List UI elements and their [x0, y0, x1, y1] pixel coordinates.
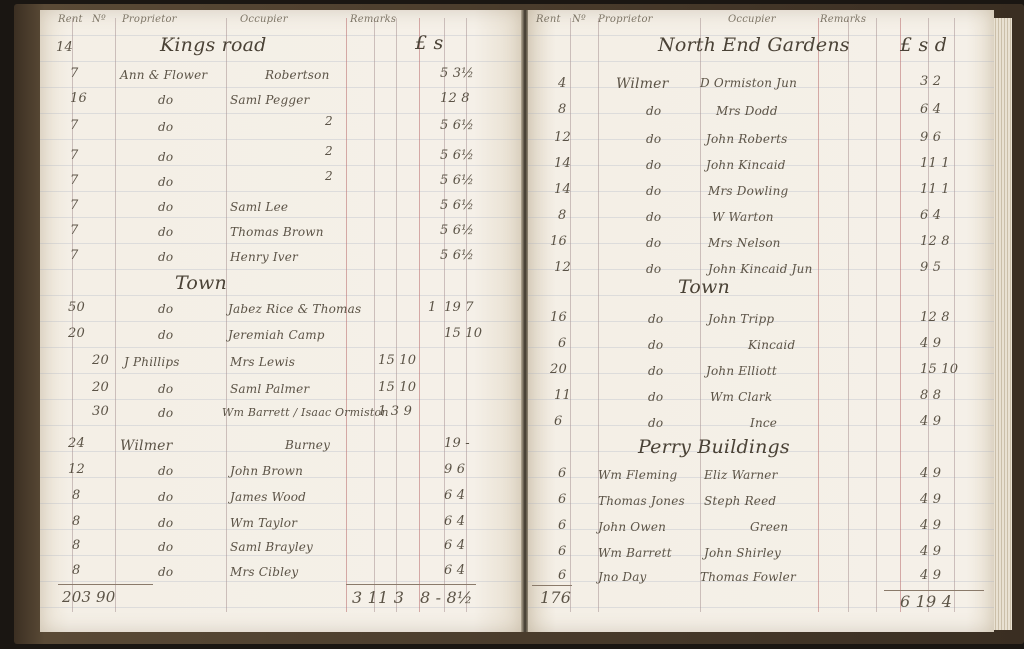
- occupier-cell: John Kincaid Jun: [708, 262, 813, 276]
- header-no: Nº: [92, 14, 106, 25]
- proprietor-cell: do: [648, 416, 663, 430]
- proprietor-cell: Wm Fleming: [598, 468, 677, 482]
- occupier-cell: Jabez Rice & Thomas: [228, 302, 361, 316]
- occupier-cell: Eliz Warner: [704, 468, 778, 482]
- rent-cell: 4: [558, 76, 566, 91]
- right-ledger-page: Rent Nº Proprietor Occupier Remarks Nort…: [528, 10, 994, 632]
- rent-cell: 8: [72, 538, 80, 553]
- rent-cell: 8: [72, 563, 80, 578]
- amount-cell: 6 4: [444, 563, 465, 578]
- proprietor-cell: do: [158, 516, 173, 530]
- proprietor-cell: J Phillips: [124, 355, 180, 369]
- occupier-cell: Mrs Dowling: [708, 184, 788, 198]
- proprietor-cell: do: [646, 184, 661, 198]
- column-rule: [570, 18, 571, 612]
- proprietor-cell: do: [158, 406, 173, 420]
- amount-cell: 8 8: [920, 388, 941, 403]
- amount-cell: 12 8: [920, 310, 950, 325]
- amount-cell: 4 9: [920, 492, 941, 507]
- rent-cell: 7: [70, 198, 78, 213]
- occupier-cell: John Elliott: [706, 364, 777, 378]
- header-rent: Rent: [536, 14, 561, 25]
- column-rule: [700, 18, 701, 612]
- section-title: Town: [175, 272, 227, 294]
- proprietor-cell: do: [646, 132, 661, 146]
- currency-header: £ s d: [900, 34, 947, 56]
- occupier-cell: Green: [750, 520, 788, 534]
- section-title: Perry Buildings: [638, 436, 790, 458]
- header-remarks: Remarks: [820, 14, 866, 25]
- proprietor-cell: Jno Day: [598, 570, 647, 584]
- total-rent: 176: [540, 588, 571, 607]
- rent-cell: 8: [72, 514, 80, 529]
- proprietor-cell: do: [646, 158, 661, 172]
- number-cell: 20: [92, 353, 109, 368]
- occupier-cell: Wm Clark: [710, 390, 772, 404]
- rent-cell: 14: [554, 182, 571, 197]
- occupier-cell: Mrs Lewis: [230, 355, 295, 369]
- occupier-cell: Mrs Nelson: [708, 236, 781, 250]
- occupier-cell: John Roberts: [706, 132, 787, 146]
- rent-cell: 7: [70, 118, 78, 133]
- rent-cell: 14: [56, 40, 73, 55]
- amount-cell: 12 8: [440, 91, 470, 106]
- number-cell: 30: [92, 404, 109, 419]
- occupier-cell: Kincaid: [748, 338, 795, 352]
- proprietor-cell: Thomas Jones: [598, 494, 685, 508]
- total-rule: [884, 590, 984, 591]
- amount-cell: 9 6: [444, 462, 465, 477]
- proprietor-cell: do: [646, 104, 661, 118]
- proprietor-cell: do: [158, 464, 173, 478]
- amount-cell: 6 4: [444, 514, 465, 529]
- proprietor-cell: Ann & Flower: [120, 68, 207, 82]
- occupier-cell: Saml Brayley: [230, 540, 313, 554]
- occupier-cell: Burney: [285, 438, 330, 452]
- rent-cell: 7: [70, 148, 78, 163]
- rent-cell: 16: [550, 234, 567, 249]
- proprietor-cell: do: [648, 338, 663, 352]
- column-rule: [374, 18, 375, 612]
- occupier-cell: Jeremiah Camp: [228, 328, 325, 342]
- proprietor-cell: Wilmer: [616, 76, 669, 92]
- proprietor-cell: do: [158, 565, 173, 579]
- amount-cell: 19 -: [444, 436, 470, 451]
- amount-cell: 5 6½: [440, 223, 474, 238]
- currency-header: £ s: [415, 32, 443, 54]
- remark-cell: 1 3 9: [378, 404, 412, 419]
- rent-cell: 16: [70, 91, 87, 106]
- occupier-cell: Saml Lee: [230, 200, 288, 214]
- header-occupier: Occupier: [240, 14, 288, 25]
- header-rent: Rent: [58, 14, 83, 25]
- remark-cell: 15 10: [378, 353, 416, 368]
- pounds-cell: 1: [428, 300, 436, 315]
- total-number: 90: [96, 588, 116, 606]
- column-rule: [876, 18, 877, 612]
- rent-cell: 6: [554, 414, 562, 429]
- column-rule: [900, 18, 901, 612]
- rent-cell: 8: [558, 102, 566, 117]
- occupier-cell: Steph Reed: [704, 494, 776, 508]
- remark-cell: 15 10: [378, 380, 416, 395]
- number-cell: 20: [92, 380, 109, 395]
- column-rule: [818, 18, 819, 612]
- proprietor-cell: do: [158, 302, 173, 316]
- rent-cell: 7: [70, 66, 78, 81]
- rent-cell: 6: [558, 466, 566, 481]
- proprietor-cell: John Owen: [598, 520, 666, 534]
- occupier-cell: Wm Taylor: [230, 516, 297, 530]
- occupier-cell: Saml Pegger: [230, 93, 309, 107]
- occupier-cell: James Wood: [230, 490, 306, 504]
- occupier-cell: John Shirley: [704, 546, 781, 560]
- amount-cell: 15 10: [444, 326, 482, 341]
- amount-cell: 5 6½: [440, 148, 474, 163]
- column-rule: [115, 18, 116, 612]
- rent-cell: 24: [68, 436, 85, 451]
- rent-cell: 12: [68, 462, 85, 477]
- occupier-cell: Robertson: [265, 68, 330, 82]
- amount-cell: 9 5: [920, 260, 941, 275]
- rent-cell: 12: [554, 130, 571, 145]
- rent-cell: 8: [72, 488, 80, 503]
- total-amount: 6 19 4: [900, 592, 952, 611]
- amount-cell: 6 4: [444, 538, 465, 553]
- section-title: North End Gardens: [658, 34, 850, 56]
- rent-cell: 6: [558, 518, 566, 533]
- rent-cell: 14: [554, 156, 571, 171]
- amount-cell: 4 9: [920, 336, 941, 351]
- occupier-cell: Mrs Dodd: [716, 104, 778, 118]
- proprietor-cell: do: [158, 540, 173, 554]
- header-proprietor: Proprietor: [122, 14, 177, 25]
- rent-cell: 20: [550, 362, 567, 377]
- proprietor-cell: do: [158, 93, 173, 107]
- occupier-cell: Henry Iver: [230, 250, 298, 264]
- total-remarks: 3 11 3: [352, 588, 404, 607]
- proprietor-cell: do: [158, 200, 173, 214]
- rent-cell: 6: [558, 568, 566, 583]
- amount-cell: 5 6½: [440, 173, 474, 188]
- amount-cell: 19 7: [444, 300, 474, 315]
- proprietor-cell: do: [158, 250, 173, 264]
- proprietor-cell: do: [646, 210, 661, 224]
- occupier-cell: Thomas Brown: [230, 225, 324, 239]
- total-rule: [58, 584, 153, 585]
- occupier-cell: 2: [325, 144, 333, 158]
- amount-cell: 4 9: [920, 568, 941, 583]
- occupier-cell: Wm Barrett / Isaac Ormiston: [222, 406, 389, 419]
- column-rule: [226, 18, 227, 612]
- rent-cell: 6: [558, 544, 566, 559]
- proprietor-cell: do: [158, 120, 173, 134]
- rent-cell: 6: [558, 492, 566, 507]
- proprietor-cell: do: [648, 312, 663, 326]
- proprietor-cell: do: [648, 364, 663, 378]
- amount-cell: 4 9: [920, 518, 941, 533]
- rent-cell: 11: [554, 388, 571, 403]
- proprietor-cell: do: [158, 382, 173, 396]
- proprietor-cell: do: [158, 225, 173, 239]
- amount-cell: 4 9: [920, 466, 941, 481]
- total-rent: 203: [62, 588, 91, 606]
- occupier-cell: John Tripp: [708, 312, 774, 326]
- rent-cell: 16: [550, 310, 567, 325]
- amount-cell: 4 9: [920, 414, 941, 429]
- proprietor-cell: do: [158, 175, 173, 189]
- occupier-cell: John Kincaid: [706, 158, 786, 172]
- occupier-cell: Ince: [750, 416, 777, 430]
- occupier-cell: John Brown: [230, 464, 303, 478]
- rent-cell: 50: [68, 300, 85, 315]
- amount-cell: 11 1: [920, 182, 950, 197]
- rent-cell: 6: [558, 336, 566, 351]
- amount-cell: 4 9: [920, 544, 941, 559]
- amount-cell: 5 6½: [440, 248, 474, 263]
- amount-cell: 6 4: [920, 208, 941, 223]
- column-rule: [848, 18, 849, 612]
- section-title: Town: [678, 276, 730, 298]
- amount-cell: 6 4: [920, 102, 941, 117]
- total-rule: [346, 584, 476, 585]
- amount-cell: 9 6: [920, 130, 941, 145]
- total-amount: 8 - 8½: [420, 588, 473, 607]
- rent-cell: 8: [558, 208, 566, 223]
- header-occupier: Occupier: [728, 14, 776, 25]
- amount-cell: 5 6½: [440, 118, 474, 133]
- amount-cell: 15 10: [920, 362, 958, 377]
- proprietor-cell: do: [646, 236, 661, 250]
- column-rule: [419, 18, 420, 612]
- header-remarks: Remarks: [350, 14, 396, 25]
- total-rule: [532, 585, 572, 586]
- column-rule: [954, 18, 955, 612]
- occupier-cell: 2: [325, 114, 333, 128]
- amount-cell: 6 4: [444, 488, 465, 503]
- proprietor-cell: do: [158, 490, 173, 504]
- occupier-cell: Mrs Cibley: [230, 565, 298, 579]
- amount-cell: 5 3½: [440, 66, 474, 81]
- proprietor-cell: do: [648, 390, 663, 404]
- rent-cell: 7: [70, 248, 78, 263]
- proprietor-cell: Wm Barrett: [598, 546, 672, 560]
- rent-cell: 20: [68, 326, 85, 341]
- proprietor-cell: do: [158, 150, 173, 164]
- occupier-cell: Saml Palmer: [230, 382, 309, 396]
- amount-cell: 3 2: [920, 74, 941, 89]
- amount-cell: 12 8: [920, 234, 950, 249]
- proprietor-cell: do: [158, 328, 173, 342]
- rent-cell: 12: [554, 260, 571, 275]
- amount-cell: 11 1: [920, 156, 950, 171]
- occupier-cell: D Ormiston Jun: [700, 76, 797, 90]
- left-ledger-page: Rent Nº Proprietor Occupier Remarks £ s …: [40, 10, 522, 632]
- amount-cell: 5 6½: [440, 198, 474, 213]
- proprietor-cell: do: [646, 262, 661, 276]
- occupier-cell: W Warton: [712, 210, 774, 224]
- column-rule: [466, 18, 467, 612]
- rent-cell: 7: [70, 173, 78, 188]
- header-proprietor: Proprietor: [598, 14, 653, 25]
- section-title: Kings road: [160, 34, 266, 56]
- header-no: Nº: [572, 14, 586, 25]
- rent-cell: 7: [70, 223, 78, 238]
- proprietor-cell: Wilmer: [120, 438, 173, 454]
- column-rule: [396, 18, 397, 612]
- occupier-cell: Thomas Fowler: [700, 570, 796, 584]
- occupier-cell: 2: [325, 169, 333, 183]
